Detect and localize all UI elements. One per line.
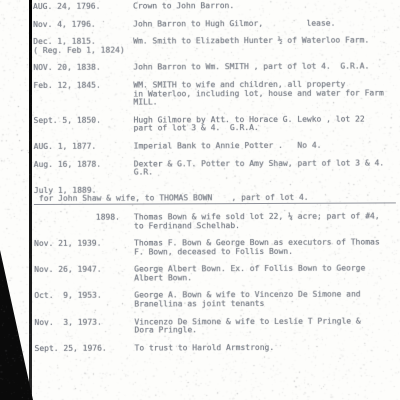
entry-description: Thomas Bown & wife sold lot 22, ¼ acre; …	[134, 212, 396, 230]
deed-entry: 1898. Thomas Bown & wife sold lot 22, ¼ …	[34, 212, 396, 231]
deed-entry: AUG. 1, 1877. Imperial Bank to Annie Pot…	[34, 141, 396, 151]
deed-entry-list: AUG. 24, 1796. Crown to John Barron. Nov…	[33, 1, 397, 362]
deed-entry: Oct. 9, 1953. George A. Bown & wife to V…	[34, 291, 396, 310]
entry-date: 1898.	[34, 213, 134, 222]
entry-date-cell: Nov. 21, 1939.	[34, 240, 134, 258]
entry-date-cell: Nov. 3, 1973.	[34, 318, 134, 336]
entry-date: AUG. 1, 1877.	[34, 142, 134, 151]
entry-date: Feb. 12, 1845.	[33, 82, 133, 91]
entry-description: To trust to Harold Armstrong.	[134, 343, 396, 353]
entry-date-cell: Nov. 26, 1947.	[34, 266, 134, 284]
entry-date: Nov. 26, 1947.	[34, 266, 134, 275]
entry-date: Aug. 16, 1878.	[34, 160, 134, 169]
entry-date-cell: Feb. 12, 1845.	[33, 82, 133, 108]
entry-date-cell: 1898.	[34, 213, 134, 231]
entry-date-cell: Oct. 9, 1953.	[34, 292, 134, 310]
entry-description: Thomas F. Bown & George Bown as executor…	[134, 239, 396, 257]
deed-entry: July 1, 1889. for John Shaw & wife, to T…	[34, 185, 396, 205]
entry-description: Wm. Smith to Elizabeth Hunter ½ of Water…	[133, 37, 395, 55]
entry-date-cell: AUG. 1, 1877.	[34, 142, 134, 151]
deed-entry: Nov. 4, 1796. John Barron to Hugh Gilmor…	[33, 19, 395, 29]
entry-date-cell: Aug. 16, 1878.	[34, 160, 134, 178]
entry-description: John Barron to Hugh Gilmor, lease.	[133, 19, 395, 29]
deed-entry: Dec. 1, 1815. ( Reg. Feb 1, 1824) Wm. Sm…	[33, 37, 395, 56]
scan-left-border-line	[29, 0, 32, 400]
entry-date-cell: Sept. 5, 1850.	[33, 116, 133, 134]
entry-date-cell: Nov. 4, 1796.	[33, 20, 133, 29]
entry-date: Oct. 9, 1953.	[34, 292, 134, 301]
entry-date: NOV. 20, 1838.	[33, 64, 133, 73]
entry-date: Sept. 5, 1850.	[33, 116, 133, 125]
deed-entry: Nov. 26, 1947. George Albert Bown. Ex. o…	[34, 265, 396, 284]
deed-entry: Sept. 5, 1850. Hugh Gilmore by Att. to H…	[33, 115, 395, 134]
entry-description: Vincenzo De Simone & wife to Leslie T Pr…	[134, 317, 396, 335]
entry-date: Nov. 3, 1973.	[34, 318, 134, 327]
entry-description: George Albert Bown. Ex. of Follis Bown t…	[134, 265, 396, 283]
deed-entry: Sept. 25, 1976. To trust to Harold Armst…	[34, 343, 396, 353]
scanned-document-page: AUG. 24, 1796. Crown to John Barron. Nov…	[0, 0, 400, 400]
deed-entry: Feb. 12, 1845. WM. SMITH to wife and chi…	[33, 80, 395, 107]
entry-description: George A. Bown & wife to Vincenzo De Sim…	[134, 291, 396, 309]
entry-description: Imperial Bank to Annie Potter . No 4.	[134, 141, 396, 151]
entry-description: John Barron to Wm. SMITH , part of lot 4…	[133, 63, 395, 73]
entry-description: Dexter & G.T. Potter to Amy Shaw, part o…	[134, 159, 396, 177]
deed-entry: AUG. 24, 1796. Crown to John Barron.	[33, 1, 395, 11]
entry-date-cell: Dec. 1, 1815. ( Reg. Feb 1, 1824)	[33, 38, 133, 56]
entry-date: Sept. 25, 1976.	[34, 344, 134, 353]
deed-entry: Aug. 16, 1878. Dexter & G.T. Potter to A…	[34, 159, 396, 178]
entry-description: Hugh Gilmore by Att. to Horace G. Lewko …	[133, 115, 395, 133]
entry-description: WM. SMITH to wife and children, all prop…	[133, 80, 395, 107]
entry-date-cell: AUG. 24, 1796.	[33, 3, 133, 12]
entry-date: Nov. 21, 1939.	[34, 240, 134, 249]
entry-date: Nov. 4, 1796.	[33, 20, 133, 29]
entry-registration-note: ( Reg. Feb 1, 1824)	[33, 46, 133, 55]
deed-entry: Nov. 3, 1973. Vincenzo De Simone & wife …	[34, 317, 396, 336]
deed-entry: NOV. 20, 1838. John Barron to Wm. SMITH …	[33, 63, 395, 73]
entry-date-cell: NOV. 20, 1838.	[33, 64, 133, 73]
entry-description: for John Shaw & wife, to THOMAS BOWN , p…	[39, 193, 309, 203]
entry-date: AUG. 24, 1796.	[33, 3, 133, 12]
entry-date-cell: Sept. 25, 1976.	[34, 344, 134, 353]
entry-description: Crown to John Barron.	[133, 1, 395, 11]
deed-entry: Nov. 21, 1939. Thomas F. Bown & George B…	[34, 239, 396, 258]
